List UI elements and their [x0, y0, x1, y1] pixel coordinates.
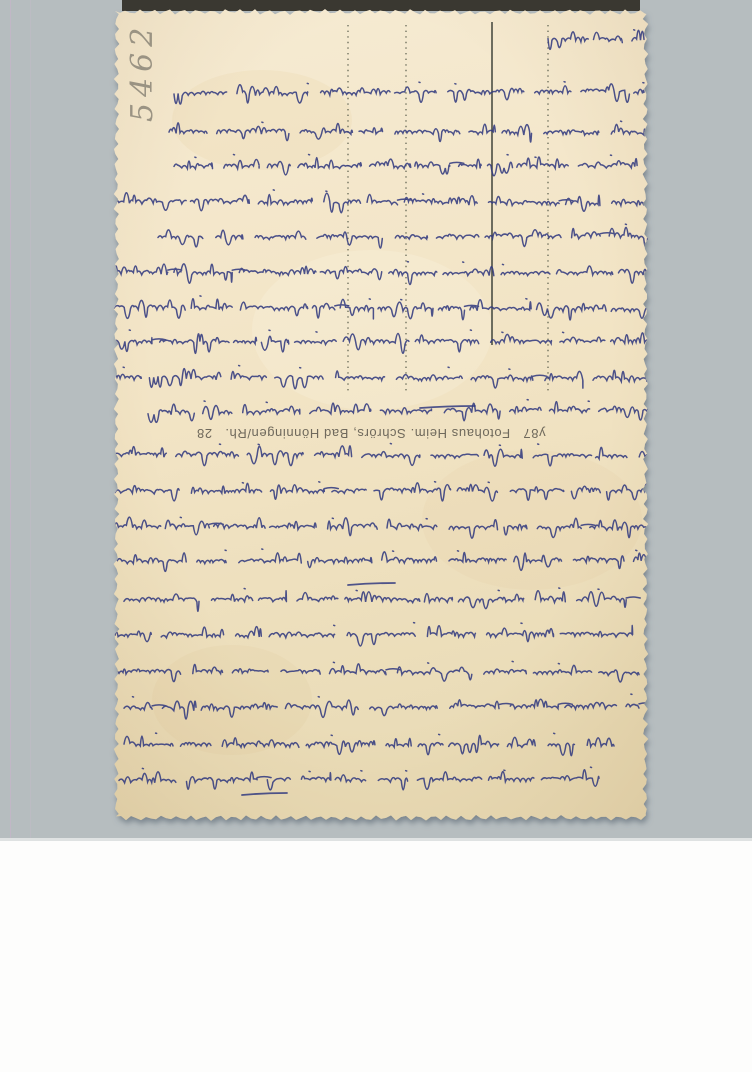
pencil-inventory-number: 5462 — [125, 22, 160, 122]
postcard: y87 Fotohaus Heim. Schrörs, Bad Hönninge… — [112, 0, 650, 828]
scanned-page: y87 Fotohaus Heim. Schrörs, Bad Hönninge… — [0, 0, 752, 1072]
scanner-lid-strip — [122, 0, 640, 11]
paper-texture-blotch — [172, 70, 352, 170]
scanner-streak-line — [10, 0, 11, 841]
paper-texture-blotch — [152, 645, 312, 755]
photographer-imprint: y87 Fotohaus Heim. Schrörs, Bad Hönninge… — [196, 426, 545, 441]
page-margin-bottom — [0, 841, 752, 1072]
scanner-streak-line — [30, 0, 31, 841]
paper-texture-blotch — [422, 450, 642, 590]
